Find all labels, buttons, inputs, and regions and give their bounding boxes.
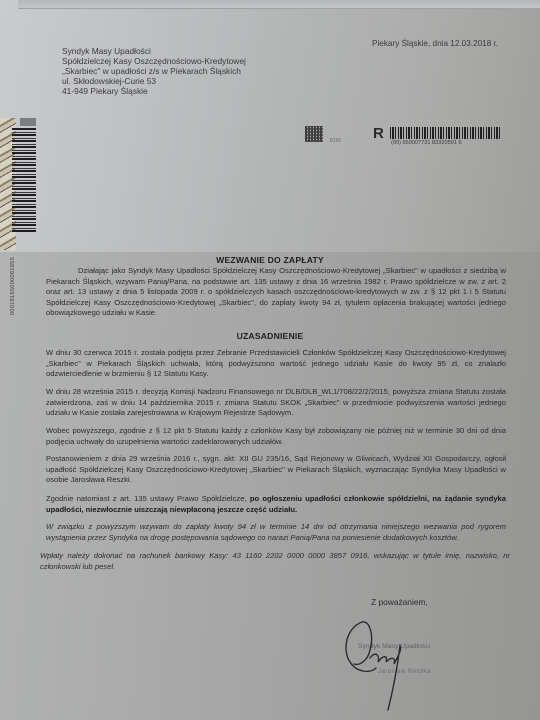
justification-paragraph-4: Postanowieniem z dnia 29 września 2016 r…	[46, 454, 506, 486]
sender-line: „Skarbiec" w upadłości z/s w Piekarach Ś…	[62, 66, 246, 76]
tracking-barcode-icon	[390, 127, 501, 139]
signature-icon	[340, 606, 430, 716]
sender-line: ul. Skłodowskiej-Curie 53	[62, 76, 246, 86]
datamatrix-code: 8185	[330, 138, 341, 144]
tracking-number: (00) 559007731 83320591 6	[391, 140, 462, 146]
art135-prefix: Zgodnie natomiast z art. 135 ustawy Praw…	[46, 494, 250, 503]
letter-title: WEZWANIE DO ZAPŁATY	[0, 255, 540, 265]
side-code: 00018165000081855	[10, 240, 20, 315]
barcode-cap	[20, 118, 36, 126]
payment-paragraph: Wpłaty należy dokonać na rachunek bankow…	[40, 551, 510, 572]
justification-paragraph-1: W dniu 30 czerwca 2015 r. została podjęt…	[46, 348, 506, 380]
justification-title: UZASADNIENIE	[0, 331, 540, 341]
justification-paragraph-2: W dniu 28 września 2015 r. decyzją Komis…	[46, 387, 506, 419]
place-date: Piekary Śląskie, dnia 12.03.2018 r.	[372, 39, 498, 48]
letter-page	[0, 252, 540, 720]
envelope-top-edge	[18, 0, 540, 9]
sender-address: Syndyk Masy Upadłości Spółdzielczej Kasy…	[62, 46, 246, 96]
sender-line: 41-949 Piekary Śląskie	[62, 86, 246, 96]
sender-line: Spółdzielczej Kasy Oszczędnościowo-Kredy…	[62, 56, 246, 66]
art135-paragraph: Zgodnie natomiast z art. 135 ustawy Praw…	[46, 494, 506, 515]
datamatrix-icon	[305, 126, 323, 142]
justification-paragraph-3: Wobec powyższego, zgodnie z § 12 pkt 5 S…	[46, 426, 506, 447]
envelope: Syndyk Masy Upadłości Spółdzielczej Kasy…	[0, 0, 540, 252]
registered-mail-mark: R	[373, 125, 384, 142]
vertical-barcode-icon	[12, 128, 36, 232]
demand-paragraph: W związku z powyższym wzywam do zapłaty …	[46, 522, 506, 543]
sender-line: Syndyk Masy Upadłości	[62, 46, 246, 56]
intro-paragraph: Działając jako Syndyk Masy Upadłości Spó…	[46, 266, 506, 319]
